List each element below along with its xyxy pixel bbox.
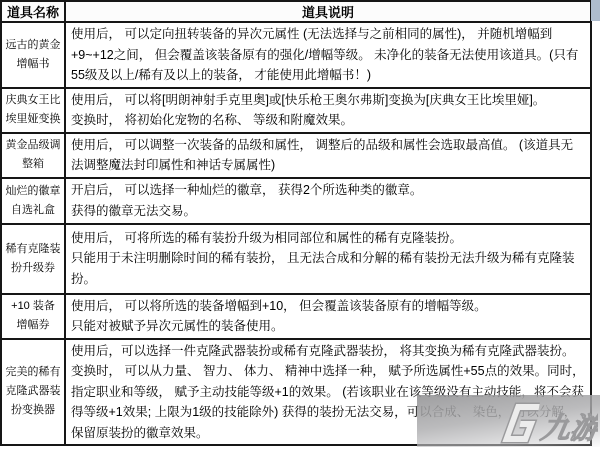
watermark-logo-text: 九游 xyxy=(538,412,598,444)
table-row: 庆典女王比 埃里娅变换 使用后， 可以将[明朗神射手克里奥]或[快乐枪王奥尔弗斯… xyxy=(1,88,591,133)
item-description: 使用后， 可以调整一次装备的品级和属性， 调整后的品级和属性会选取最高值。 (该… xyxy=(65,133,591,178)
nine-game-logo-icon: 九游 xyxy=(496,402,598,444)
col-header-item-name: 道具名称 xyxy=(1,1,65,22)
table-row: 远古的黄金 增幅书 使用后， 可以定向扭转装备的异次元属性 (无法选择与之前相同… xyxy=(1,22,591,88)
desc-paragraph: 只能用于未注明删除时间的稀有装扮， 且无法合成和分解的稀有装扮无法升级为稀有克隆… xyxy=(71,248,585,289)
item-name: 远古的黄金 增幅书 xyxy=(1,22,65,88)
desc-paragraph: 使用后， 可以定向扭转装备的异次元属性 (无法选择与之前相同的属性)， 并随机增… xyxy=(71,24,585,86)
background-corner-block xyxy=(591,0,600,21)
item-description: 使用后， 可以定向扭转装备的异次元属性 (无法选择与之前相同的属性)， 并随机增… xyxy=(65,22,591,88)
item-description: 开启后， 可以选择一种灿烂的徽章， 获得2个所选种类的徽章。 获得的徽章无法交易… xyxy=(65,178,591,224)
desc-paragraph: 只能对被赋予异次元属性的装备使用。 xyxy=(71,316,585,337)
desc-paragraph: 变换时， 将初始化宠物的名称、 等级和附魔效果。 xyxy=(71,110,585,131)
desc-paragraph: 使用后， 可以调整一次装备的品级和属性， 调整后的品级和属性会选取最高值。 (该… xyxy=(71,135,585,176)
item-name: 庆典女王比 埃里娅变换 xyxy=(1,88,65,133)
item-name: 完美的稀有 克隆武器装 扮变换器 xyxy=(1,339,65,446)
item-description: 使用后， 可以将所选的装备增幅到+10， 但会覆盖该装备原有的增幅等级。 只能对… xyxy=(65,294,591,339)
desc-paragraph: 使用后， 可将所选的稀有装扮升级为相同部位和属性的稀有克隆装扮。 xyxy=(71,228,585,249)
item-name: 稀有克隆装 扮升级券 xyxy=(1,224,65,294)
desc-paragraph: 使用后， 可以将[明朗神射手克里奥]或[快乐枪王奥尔弗斯]变换为[庆典女王比埃里… xyxy=(71,90,585,111)
item-description: 使用后， 可以将[明朗神射手克里奥]或[快乐枪王奥尔弗斯]变换为[庆典女王比埃里… xyxy=(65,88,591,133)
watermark-overlay: 九游 xyxy=(417,395,600,447)
desc-paragraph: 开启后， 可以选择一种灿烂的徽章， 获得2个所选种类的徽章。 xyxy=(71,180,585,201)
desc-paragraph: 获得的徽章无法交易。 xyxy=(71,201,585,222)
header-row: 道具名称 道具说明 xyxy=(1,1,591,22)
item-name: 灿烂的徽章 自选礼盒 xyxy=(1,178,65,224)
table-row: 灿烂的徽章 自选礼盒 开启后， 可以选择一种灿烂的徽章， 获得2个所选种类的徽章… xyxy=(1,178,591,224)
desc-paragraph: 使用后， 可以将所选的装备增幅到+10， 但会覆盖该装备原有的增幅等级。 xyxy=(71,296,585,317)
item-name: +10 装备 增幅券 xyxy=(1,294,65,339)
item-name: 黄金品级调 整箱 xyxy=(1,133,65,178)
item-info-table: 道具名称 道具说明 远古的黄金 增幅书 使用后， 可以定向扭转装备的异次元属性 … xyxy=(0,0,592,446)
page: 道具名称 道具说明 远古的黄金 增幅书 使用后， 可以定向扭转装备的异次元属性 … xyxy=(0,0,600,450)
item-description: 使用后， 可将所选的稀有装扮升级为相同部位和属性的稀有克隆装扮。 只能用于未注明… xyxy=(65,224,591,294)
table-row: 黄金品级调 整箱 使用后， 可以调整一次装备的品级和属性， 调整后的品级和属性会… xyxy=(1,133,591,178)
table-row: 稀有克隆装 扮升级券 使用后， 可将所选的稀有装扮升级为相同部位和属性的稀有克隆… xyxy=(1,224,591,294)
col-header-item-description: 道具说明 xyxy=(65,1,591,22)
table-row: +10 装备 增幅券 使用后， 可以将所选的装备增幅到+10， 但会覆盖该装备原… xyxy=(1,294,591,339)
